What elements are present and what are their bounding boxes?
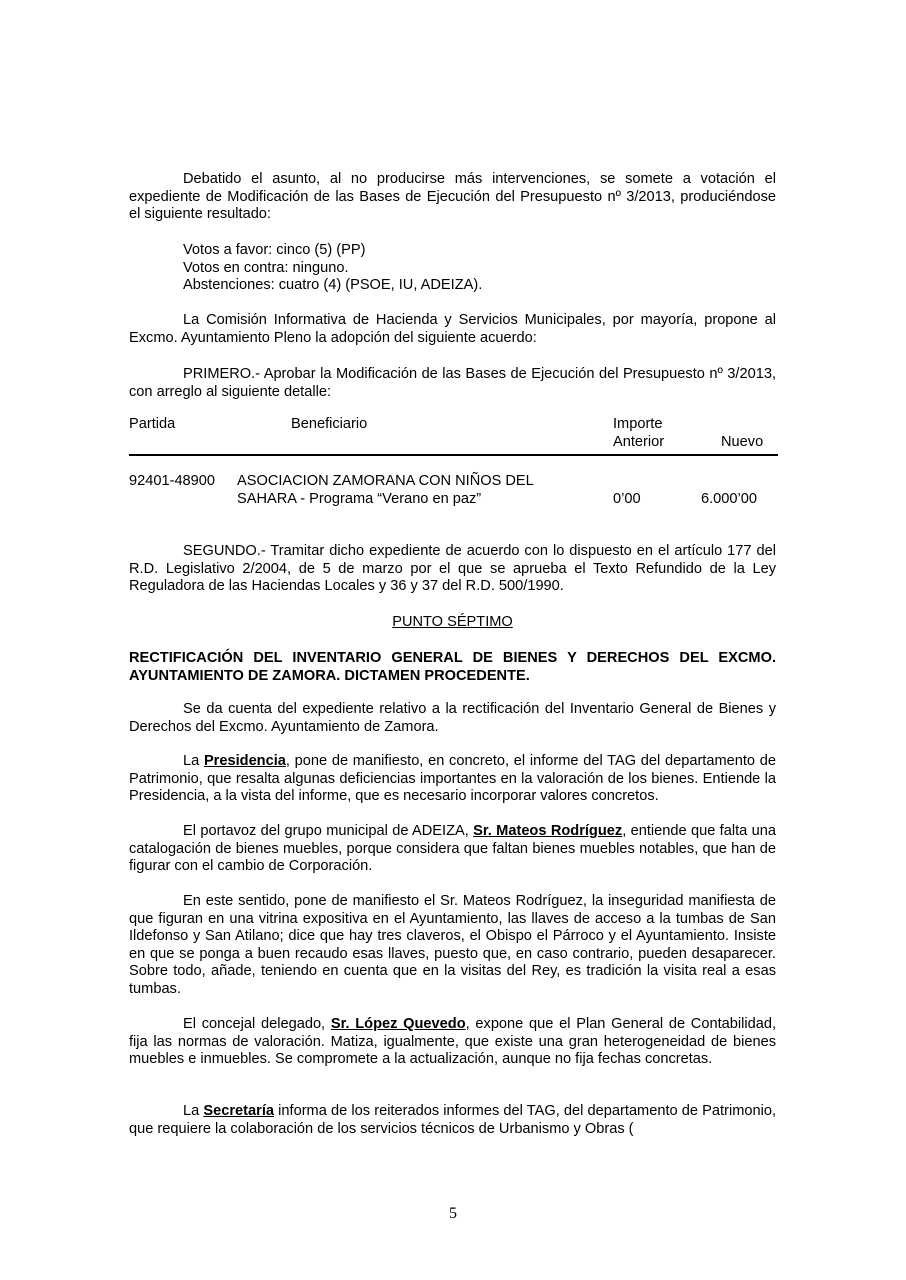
cell-beneficiario-line1: ASOCIACION ZAMORANA CON NIÑOS DEL xyxy=(237,473,534,491)
table-header-rule xyxy=(129,454,778,456)
paragraph-segundo: SEGUNDO.- Tramitar dicho expediente de a… xyxy=(129,543,776,596)
votes-favor: Votos a favor: cinco (5) (PP) xyxy=(183,242,482,260)
paragraph-portavoz: El portavoz del grupo municipal de ADEIZ… xyxy=(129,823,776,876)
paragraph-debate: Debatido el asunto, al no producirse más… xyxy=(129,171,776,224)
vote-results: Votos a favor: cinco (5) (PP) Votos en c… xyxy=(183,242,482,295)
header-nuevo: Nuevo xyxy=(721,434,763,452)
paragraph-se-da-cuenta: Se da cuenta del expediente relativo a l… xyxy=(129,701,776,736)
paragraph-concejal: El concejal delegado, Sr. López Quevedo,… xyxy=(129,1016,776,1069)
cell-anterior: 0’00 xyxy=(613,491,641,509)
page-number: 5 xyxy=(0,1205,906,1223)
detail-table: Partida Beneficiario Importe Anterior Nu… xyxy=(129,416,776,511)
paragraph-sentido: En este sentido, pone de manifiesto el S… xyxy=(129,893,776,998)
speaker-mateos-rodriguez: Sr. Mateos Rodríguez xyxy=(473,823,622,839)
votes-contra: Votos en contra: ninguno. xyxy=(183,260,482,278)
header-partida: Partida xyxy=(129,416,175,434)
header-beneficiario: Beneficiario xyxy=(291,416,367,434)
text: La xyxy=(183,1103,203,1119)
paragraph-secretaria: La Secretaría informa de los reiterados … xyxy=(129,1103,776,1138)
header-anterior: Anterior xyxy=(613,434,664,452)
paragraph-presidencia: La Presidencia, pone de manifiesto, en c… xyxy=(129,753,776,806)
speaker-lopez-quevedo: Sr. López Quevedo xyxy=(331,1016,466,1032)
votes-abstenciones: Abstenciones: cuatro (4) (PSOE, IU, ADEI… xyxy=(183,277,482,295)
cell-partida: 92401-48900 xyxy=(129,473,215,491)
section-title-punto: PUNTO SÉPTIMO xyxy=(129,614,776,632)
header-importe: Importe xyxy=(613,416,662,434)
text: El concejal delegado, xyxy=(183,1016,331,1032)
speaker-secretaria: Secretaría xyxy=(203,1103,274,1119)
cell-beneficiario-line2: SAHARA - Programa “Verano en paz” xyxy=(237,491,481,509)
section-heading: RECTIFICACIÓN DEL INVENTARIO GENERAL DE … xyxy=(129,650,776,685)
text: La xyxy=(183,753,204,769)
text: El portavoz del grupo municipal de ADEIZ… xyxy=(183,823,473,839)
speaker-presidencia: Presidencia xyxy=(204,753,286,769)
paragraph-primero: PRIMERO.- Aprobar la Modificación de las… xyxy=(129,366,776,401)
paragraph-comision: La Comisión Informativa de Hacienda y Se… xyxy=(129,312,776,347)
cell-nuevo: 6.000’00 xyxy=(701,491,757,509)
